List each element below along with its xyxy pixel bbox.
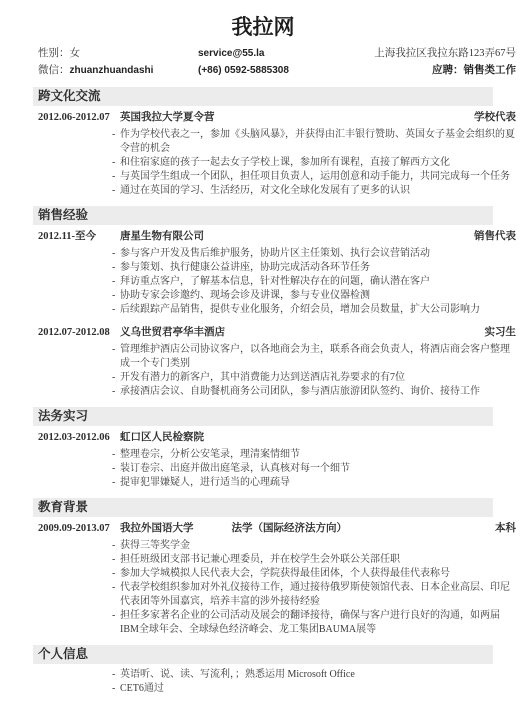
resume-entry: 2009.09-2013.07 我拉外国语大学 法学（国际经济法方向） 本科 获… [38, 521, 516, 637]
objective-field: 应聘：销售类工作 [432, 62, 516, 79]
bullet-item: 担任班级团支部书记兼心理委员，并在校学生会外联公关部任职 [112, 553, 516, 567]
bullet-item: 参与策划、执行健康公益讲座，协助完成活动各环节任务 [112, 261, 516, 275]
entry-organization: 英国我拉大学夏令营 [120, 110, 215, 125]
section-cross-cultural: 跨文化交流 2012.06-2012.07 英国我拉大学夏令营 学校代表 作为学… [38, 87, 516, 198]
resume-entry: 2012.06-2012.07 英国我拉大学夏令营 学校代表 作为学校代表之一，… [38, 110, 516, 198]
section-title: 个人信息 [33, 645, 493, 664]
entry-date: 2012.06-2012.07 [38, 110, 120, 125]
wechat-value: zhuanzhuandashi [70, 65, 154, 76]
entry-major: 法学（国际经济法方向） [232, 521, 348, 536]
address-value: 上海我拉区我拉东路123弄67号 [374, 45, 516, 62]
contact-row-1: 性别：女 service@55.la 上海我拉区我拉东路123弄67号 [38, 45, 516, 62]
entry-organization: 我拉外国语大学 [120, 521, 194, 536]
bullet-list: 管理维护酒店公司协议客户，以各地商会为主，联系各商会负责人，将酒店商会客户整理成… [112, 343, 516, 399]
entry-organization: 义乌世贸君亭华丰酒店 [120, 325, 225, 340]
page-title: 我拉网 [38, 14, 488, 40]
bullet-item: 和住宿家庭的孩子一起去女子学校上课，参加所有课程，直接了解西方文化 [112, 156, 516, 170]
bullet-item: 与英国学生组成一个团队，担任项目负责人，运用创意和动手能力，共同完成每一个任务 [112, 170, 516, 184]
resume-entry: 2012.07-2012.08 义乌世贸君亭华丰酒店 实习生 管理维护酒店公司协… [38, 325, 516, 399]
entry-header: 2012.06-2012.07 英国我拉大学夏令营 学校代表 [38, 110, 516, 125]
section-legal-internship: 法务实习 2012.03-2012.06 虹口区人民检察院 整理卷宗，分析公安笔… [38, 407, 516, 490]
wechat-field: 微信：zhuanzhuandashi [38, 62, 198, 79]
bullet-item: 协助专家会诊邀约、现场会诊及讲课，参与专业仪器检测 [112, 289, 516, 303]
bullet-item: 装订卷宗、出庭并做出庭笔录，认真核对每一个细节 [112, 462, 516, 476]
entry-role: 实习生 [485, 325, 517, 340]
bullet-item: 提审犯罪嫌疑人，进行适当的心理疏导 [112, 476, 516, 490]
contact-row-2: 微信：zhuanzhuandashi (+86) 0592-5885308 应聘… [38, 62, 516, 79]
bullet-item: 代表学校组织参加对外礼仪接待工作，通过接待俄罗斯使领馆代表、日本企业高层、印尼代… [112, 581, 516, 609]
section-education: 教育背景 2009.09-2013.07 我拉外国语大学 法学（国际经济法方向）… [38, 498, 516, 637]
bullet-item: 参加大学城模拟人民代表大会，学院获得最佳团体，个人获得最佳代表称号 [112, 567, 516, 581]
wechat-label: 微信： [38, 65, 70, 76]
bullet-item: 获得三等奖学金 [112, 539, 516, 553]
section-sales-experience: 销售经验 2012.11-至今 唐星生物有限公司 销售代表 参与客户开发及售后维… [38, 206, 516, 399]
gender-label: 性别： [38, 48, 70, 59]
gender-value: 女 [70, 48, 81, 59]
entry-header: 2009.09-2013.07 我拉外国语大学 法学（国际经济法方向） 本科 [38, 521, 516, 536]
resume-entry: 2012.03-2012.06 虹口区人民检察院 整理卷宗，分析公安笔录，理清案… [38, 430, 516, 490]
bullet-item: 整理卷宗，分析公安笔录，理清案情细节 [112, 448, 516, 462]
bullet-item: 承接酒店会议、自助餐机商务公司团队，参与酒店旅游团队签约、询价、接待工作 [112, 385, 516, 399]
resume-entry: 2012.11-至今 唐星生物有限公司 销售代表 参与客户开发及售后维护服务，协… [38, 229, 516, 317]
bullet-list: 英语听、说、读、写流利，；熟悉运用 Microsoft Office CET6通… [112, 668, 516, 696]
objective-value: 销售类工作 [464, 65, 517, 76]
entry-header: 2012.07-2012.08 义乌世贸君亭华丰酒店 实习生 [38, 325, 516, 340]
entry-degree: 本科 [495, 521, 516, 536]
bullet-item: 开发有潜力的新客户，其中消费能力达到送酒店礼券要求的有7位 [112, 371, 516, 385]
resume-page: 我拉网 性别：女 service@55.la 上海我拉区我拉东路123弄67号 … [0, 0, 526, 696]
bullet-item: 担任多家著名企业的公司活动及展会的翻译接待，确保与客户进行良好的沟通，如两届IB… [112, 609, 516, 637]
entry-header: 2012.03-2012.06 虹口区人民检察院 [38, 430, 516, 445]
bullet-item: 拜访重点客户，了解基本信息，针对性解决存在的问题，确认潜在客户 [112, 275, 516, 289]
section-personal-info: 个人信息 英语听、说、读、写流利，；熟悉运用 Microsoft Office … [38, 645, 516, 696]
bullet-list: 作为学校代表之一，参加《头脑风暴》，并获得由汇丰银行赞助、英国女子基金会组织的夏… [112, 128, 516, 198]
email-value: service@55.la [198, 45, 374, 62]
entry-date: 2012.03-2012.06 [38, 430, 120, 445]
entry-date: 2012.11-至今 [38, 229, 120, 244]
resume-entry: 英语听、说、读、写流利，；熟悉运用 Microsoft Office CET6通… [38, 668, 516, 696]
bullet-item: 管理维护酒店公司协议客户，以各地商会为主，联系各商会负责人，将酒店商会客户整理成… [112, 343, 516, 371]
gender-field: 性别：女 [38, 45, 198, 62]
entry-header: 2012.11-至今 唐星生物有限公司 销售代表 [38, 229, 516, 244]
phone-value: (+86) 0592-5885308 [198, 62, 432, 79]
bullet-list: 获得三等奖学金 担任班级团支部书记兼心理委员，并在校学生会外联公关部任职 参加大… [112, 539, 516, 637]
section-title: 法务实习 [33, 407, 493, 426]
section-title: 销售经验 [33, 206, 493, 225]
section-title: 跨文化交流 [33, 87, 493, 106]
entry-role: 销售代表 [474, 229, 516, 244]
entry-organization: 唐星生物有限公司 [120, 229, 204, 244]
bullet-list: 参与客户开发及售后维护服务，协助片区主任策划、执行会议营销活动 参与策划、执行健… [112, 247, 516, 317]
bullet-item: CET6通过 [112, 682, 516, 696]
objective-label: 应聘： [432, 65, 464, 76]
contact-info: 性别：女 service@55.la 上海我拉区我拉东路123弄67号 微信：z… [38, 45, 516, 79]
entry-role: 学校代表 [474, 110, 516, 125]
entry-date: 2012.07-2012.08 [38, 325, 120, 340]
bullet-item: 作为学校代表之一，参加《头脑风暴》，并获得由汇丰银行赞助、英国女子基金会组织的夏… [112, 128, 516, 156]
section-title: 教育背景 [33, 498, 493, 517]
entry-date: 2009.09-2013.07 [38, 521, 120, 536]
bullet-list: 整理卷宗，分析公安笔录，理清案情细节 装订卷宗、出庭并做出庭笔录，认真核对每一个… [112, 448, 516, 490]
bullet-item: 通过在英国的学习、生活经历，对文化全球化发展有了更多的认识 [112, 184, 516, 198]
entry-organization: 虹口区人民检察院 [120, 430, 204, 445]
bullet-item: 英语听、说、读、写流利，；熟悉运用 Microsoft Office [112, 668, 516, 682]
bullet-item: 后续跟踪产品销售，提供专业化服务，介绍会员，增加会员数量，扩大公司影响力 [112, 303, 516, 317]
bullet-item: 参与客户开发及售后维护服务，协助片区主任策划、执行会议营销活动 [112, 247, 516, 261]
